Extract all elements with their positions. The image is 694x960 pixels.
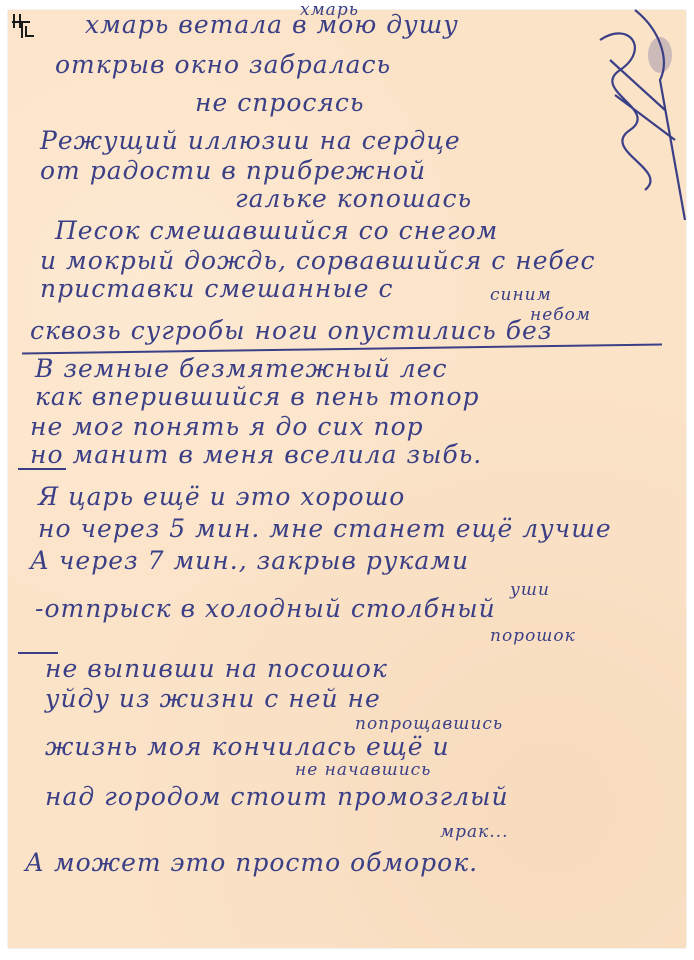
line-1: хмарь ветала в мою душу [85, 12, 459, 37]
line-16: но через 5 мин. мне станет ещё лучше [38, 516, 612, 541]
line-19: не выпивши на посошок [45, 656, 388, 681]
line-4: Режущий иллюзии на сердце [40, 128, 461, 153]
line-14: но манит в меня вселила зыбь. [30, 442, 482, 467]
insert-ushi: уши [510, 582, 550, 599]
insert-sinim: синим [490, 287, 552, 304]
line-6: гальке копошась [235, 186, 472, 211]
line-13: не мог понять я до сих пор [30, 414, 424, 439]
line-10: сквозь сугробы ноги опустились без [30, 318, 552, 343]
insert-poroshok: порошок [490, 628, 576, 645]
section-dash [18, 468, 66, 470]
line-3: не спросясь [195, 90, 365, 115]
line-7: Песок смешавшийся со снегом [55, 218, 498, 243]
line-21: жизнь моя кончилась ещё и [45, 734, 450, 759]
signature-scribble-icon [590, 0, 694, 220]
insert-ne-nachavshis: не начавшись [295, 762, 431, 779]
line-12: как вперившийся в пень топор [35, 384, 480, 409]
page-corner-mark-icon [10, 10, 40, 40]
insert-mrak: мрак... [440, 824, 508, 841]
line-15: Я царь ещё и это хорошо [38, 484, 405, 509]
line-18: -отпрыск в холодный столбный [35, 596, 496, 621]
line-17: А через 7 мин., закрыв руками [30, 548, 469, 573]
line-8: и мокрый дождь, сорвавшийся с небес [40, 248, 596, 273]
line-2: открыв окно забралась [55, 52, 391, 77]
line-9: приставки смешанные с [40, 276, 394, 301]
line-20: уйду из жизни с ней не [45, 686, 381, 711]
line-22: над городом стоит промозглый [45, 784, 509, 809]
line-23: А может это просто обморок. [25, 850, 478, 875]
line-5: от радости в прибрежной [40, 158, 426, 183]
insert-poproshchavshis: попрощавшись [355, 716, 503, 733]
line-11: В земные безмятежный лес [35, 356, 448, 381]
